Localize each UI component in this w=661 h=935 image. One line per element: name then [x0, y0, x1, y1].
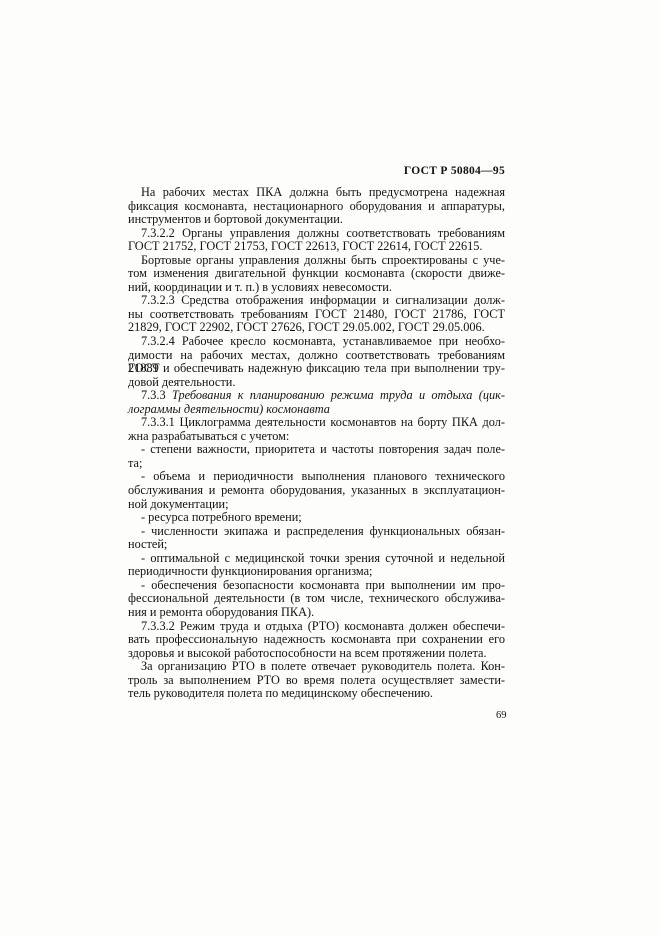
text-line: троль за выполнением РТО во время полета… [128, 674, 505, 688]
text-line: ной документации; [128, 498, 505, 512]
text-line: инструментов и бортовой документации. [128, 213, 505, 227]
paragraph: 7.3.2.4 Рабочее кресло космонавта, устан… [128, 335, 505, 389]
text-line: димости на рабочих местах, должно соотве… [128, 349, 505, 363]
paragraph: 7.3.2.3 Средства отображения информации … [128, 294, 505, 335]
text-line: 7.3.3.1 Циклограмма деятельности космона… [128, 416, 505, 430]
text-line: фессиональной деятельности (в том числе,… [128, 592, 505, 606]
text-line: жна разрабатываться с учетом: [128, 430, 505, 444]
text-line: том изменения двигательной функции космо… [128, 267, 505, 281]
text-line: - ресурса потребного времени; [128, 511, 505, 525]
text-line: довой деятельности. [128, 376, 505, 390]
text-line: вать профессиональную надежность космона… [128, 633, 505, 647]
text-line: обслуживания и ремонта оборудования, ука… [128, 484, 505, 498]
paragraph: За организацию РТО в полете отвечает рук… [128, 660, 505, 701]
text-line: 7.3.3 Требования к планированию режима т… [128, 389, 505, 403]
section-number: 7.3.3 [141, 388, 166, 402]
text-line: - обеспечения безопасности космонавта пр… [128, 579, 505, 593]
text-line: фиксация космонавта, нестационарного обо… [128, 200, 505, 214]
text-line: лограммы деятельности) космонавта [128, 403, 505, 417]
paragraph: - оптимальной с медицинской точки зрения… [128, 552, 505, 579]
text-line: ний, координации и т. п.) в условиях нев… [128, 281, 505, 295]
text-line: За организацию РТО в полете отвечает рук… [128, 660, 505, 674]
paragraph: 7.3.3.2 Режим труда и отдыха (РТО) космо… [128, 620, 505, 661]
page-number: 69 [496, 710, 507, 721]
page-header-gost-number: ГОСТ Р 50804—95 [128, 165, 505, 177]
text-line: 7.3.2.2 Органы управления должны соответ… [128, 227, 505, 241]
text-line: здоровья и высокой работоспособности на … [128, 647, 505, 661]
paragraph: - степени важности, приоритета и частоты… [128, 443, 505, 470]
text-line: 21829, ГОСТ 22902, ГОСТ 27626, ГОСТ 29.0… [128, 321, 505, 335]
paragraph: - объема и периодичности выполнения план… [128, 470, 505, 511]
text-line: ния и ремонта оборудования ПКА). [128, 606, 505, 620]
text-line: 7.3.2.3 Средства отображения информации … [128, 294, 505, 308]
paragraph: На рабочих местах ПКА должна быть предус… [128, 186, 505, 227]
text-line: ностей; [128, 538, 505, 552]
paragraph: 7.3.3 Требования к планированию режима т… [128, 389, 505, 416]
text-line: та; [128, 457, 505, 471]
document-page: ГОСТ Р 50804—95 На рабочих местах ПКА до… [0, 0, 661, 935]
paragraph: 7.3.2.2 Органы управления должны соответ… [128, 227, 505, 254]
text-line: периодичности функционирования организма… [128, 565, 505, 579]
text-line: 21889 и обеспечивать надежную фиксацию т… [128, 362, 505, 376]
text-line: - объема и периодичности выполнения план… [128, 470, 505, 484]
paragraph: - численности экипажа и распределения фу… [128, 525, 505, 552]
document-body: На рабочих местах ПКА должна быть предус… [128, 186, 505, 701]
text-line: ГОСТ 21752, ГОСТ 21753, ГОСТ 22613, ГОСТ… [128, 240, 505, 254]
text-line: ны соответствовать требованиям ГОСТ 2148… [128, 308, 505, 322]
text-line: 7.3.3.2 Режим труда и отдыха (РТО) космо… [128, 620, 505, 634]
text-line: - степени важности, приоритета и частоты… [128, 443, 505, 457]
paragraph: 7.3.3.1 Циклограмма деятельности космона… [128, 416, 505, 443]
paragraph: - обеспечения безопасности космонавта пр… [128, 579, 505, 620]
paragraph: - ресурса потребного времени; [128, 511, 505, 525]
text-line: На рабочих местах ПКА должна быть предус… [128, 186, 505, 200]
text-line: 7.3.2.4 Рабочее кресло космонавта, устан… [128, 335, 505, 349]
text-line: - численности экипажа и распределения фу… [128, 525, 505, 539]
text-line: - оптимальной с медицинской точки зрения… [128, 552, 505, 566]
paragraph: Бортовые органы управления должны быть с… [128, 254, 505, 295]
text-line: Бортовые органы управления должны быть с… [128, 254, 505, 268]
text-line: тель руководителя полета по медицинскому… [128, 687, 505, 701]
